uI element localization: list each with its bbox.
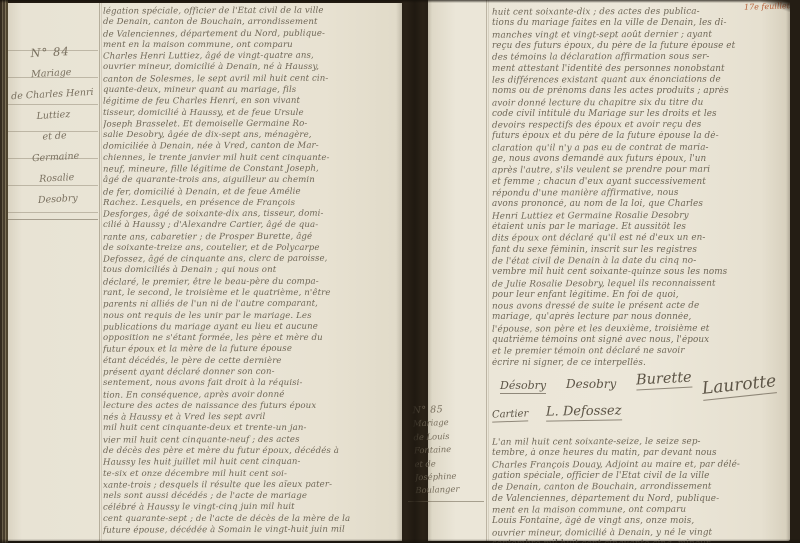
handwritten-line: Joseph Brasselet. Et demoiselle Germaine… xyxy=(103,118,399,131)
handwritten-line: neuf, mineure, fille légitime de Constan… xyxy=(103,163,399,176)
handwritten-line: et le premier témoin ont déclaré ne savo… xyxy=(492,346,780,359)
handwritten-line: pour leur enfant légitime. En foi de quo… xyxy=(492,290,780,301)
signatures-block: Désobry Desobry Burette Laurotte Cartier… xyxy=(490,369,782,435)
handwritten-line: futur époux et la mère de la future épou… xyxy=(103,344,399,357)
handwritten-line: canton de Solesmes, le sept avril mil hu… xyxy=(103,73,399,86)
handwritten-line: rante ans, cabaretier ; de Prosper Buret… xyxy=(103,231,399,244)
handwritten-line: de fer, domicilié à Denain, et de feue A… xyxy=(103,186,399,199)
handwritten-line: Charles François Douay, Adjoint au maire… xyxy=(492,459,780,472)
handwritten-line: lecture des actes de naissance des futur… xyxy=(103,401,399,412)
signature-father: Desobry xyxy=(566,377,616,391)
handwritten-line: Louis Fontaine, âgé de vingt ans, onze m… xyxy=(492,516,780,527)
handwritten-line: légitime de feu Charles Henri, en son vi… xyxy=(103,96,399,109)
handwritten-line: dits époux ont déclaré qu'il est né d'eu… xyxy=(492,233,780,246)
handwritten-line: des témoins la déclaration affirmation s… xyxy=(492,52,780,65)
handwritten-line: manches vingt et vingt-sept août dernier… xyxy=(492,29,780,42)
handwritten-line: te-six et onze décembre mil huit cent so… xyxy=(103,469,399,480)
handwritten-line: vier mil huit cent cinquante-neuf ; des … xyxy=(103,434,399,447)
handwritten-line: tion. En conséquence, après avoir donné xyxy=(103,389,399,402)
background-corner-top-right xyxy=(760,0,800,12)
handwritten-line: parents ni alliés de l'un ni de l'autre … xyxy=(103,299,399,312)
handwritten-line: ment attestant l'identité des personnes … xyxy=(492,64,780,75)
signature-bride: Désobry xyxy=(500,379,546,394)
handwritten-line: tisseur, domicilié à Haussy, et de feue … xyxy=(103,108,399,119)
handwritten-line: célébré à Haussy le vingt-cinq juin mil … xyxy=(103,502,399,515)
handwritten-line: légation spéciale, officier de l'État ci… xyxy=(103,6,399,18)
signature-witness2: Cartier xyxy=(492,408,529,422)
handwritten-line: tions du mariage faites en la ville de D… xyxy=(492,18,780,29)
handwritten-line: les différences existant quant aux énonc… xyxy=(492,74,780,87)
handwritten-line: de Valenciennes, département du Nord, pu… xyxy=(103,28,399,41)
register-book-spread: N° 84 Mariagede Charles HenriLuttiezet d… xyxy=(0,0,800,543)
page-stack-edge-left xyxy=(0,0,8,543)
handwritten-line: et femme ; chacun d'eux ayant successive… xyxy=(492,177,780,188)
handwritten-line: étaient unis par le mariage. Et aussitôt… xyxy=(492,222,780,233)
right-page-manuscript-text: huit cent soixante-dix ; des actes des p… xyxy=(492,7,780,371)
handwritten-line: ment en la maison commune, ont comparu xyxy=(103,40,399,51)
handwritten-line: répondu d'une manière affirmative, nous xyxy=(492,187,780,200)
handwritten-line: mil huit cent cinquante-deux et trente-u… xyxy=(103,423,399,434)
handwritten-line: de soixante-treize ans, coutelier, et de… xyxy=(103,243,399,254)
handwritten-line: de Valenciennes, département du Nord, pu… xyxy=(492,494,780,505)
handwritten-line: gation spéciale, officier de l'État civi… xyxy=(492,471,780,482)
handwritten-line: cilié à Haussy ; d'Alexandre Cartier, âg… xyxy=(103,220,399,231)
handwritten-line: Rachez. Lesquels, en présence de Françoi… xyxy=(103,198,399,209)
margin-note-act-84: N° 84 Mariagede Charles HenriLuttiezet d… xyxy=(8,40,101,212)
handwritten-line: ment en la maison commune, ont comparu xyxy=(492,504,780,517)
handwritten-line: ouvrier mineur, domicilié à Denain, né à… xyxy=(103,62,399,73)
handwritten-line: âgé de quarante-trois ans, aiguilleur au… xyxy=(103,175,399,186)
handwritten-line: présent ayant déclaré donner son con- xyxy=(103,366,399,379)
handwritten-line: avons prononcé, au nom de la loi, que Ch… xyxy=(492,199,780,210)
handwritten-line: L'an mil huit cent soixante-seize, le se… xyxy=(492,437,780,449)
handwritten-line: claration qu'il n'y a pas eu de contrat … xyxy=(492,142,780,155)
handwritten-line: noms ou de prénoms dans les actes produi… xyxy=(492,86,780,97)
handwritten-line: cent quarante-sept ; de l'acte de décès … xyxy=(103,514,399,525)
handwritten-line: futurs époux et du père de la future épo… xyxy=(492,131,780,142)
handwritten-line: mariage, qu'après lecture par nous donné… xyxy=(492,312,780,323)
handwritten-line: devoirs respectifs des époux et avoir re… xyxy=(492,119,780,132)
handwritten-line: nous ont requis de les unir par le maria… xyxy=(103,311,399,322)
handwritten-line: Charles Henri Luttiez, âgé de vingt-quat… xyxy=(103,50,399,63)
signature-witness3: Burette xyxy=(636,370,693,391)
handwritten-line: Defossez, âgé de cinquante ans, clerc de… xyxy=(103,254,399,267)
left-page-manuscript-text: légation spéciale, officier de l'État ci… xyxy=(103,6,399,540)
handwritten-line: de Denain, canton de Bouchain, arrondiss… xyxy=(103,17,399,28)
handwritten-line: Desforges, âgé de soixante-dix ans, tiss… xyxy=(103,208,399,221)
handwritten-line: publications du mariage ayant eu lieu et… xyxy=(103,321,399,334)
handwritten-line: sentement, nous avons fait droit à la ré… xyxy=(103,378,399,389)
margin-note-84-lines: Mariagede Charles HenriLuttiezet deGerma… xyxy=(9,61,101,212)
act-85-manuscript-text: L'an mil huit cent soixante-seize, le se… xyxy=(492,437,780,543)
handwritten-line: étant décédés, le père de cette dernière xyxy=(103,356,399,367)
book-edge-top xyxy=(0,0,800,3)
handwritten-line: après l'autre, s'ils veulent se prendre … xyxy=(492,165,780,178)
handwritten-line: de l'état civil de Denain à la date du c… xyxy=(492,255,780,268)
handwritten-line: chiennes, le trente janvier mil huit cen… xyxy=(103,153,399,164)
handwritten-line: déclaré, le premier, être le beau-père d… xyxy=(103,276,399,289)
handwritten-line: future épouse, décédée à Somain le vingt… xyxy=(103,524,399,537)
handwritten-line: avoir donné lecture du chapitre six du t… xyxy=(492,97,780,110)
handwritten-line: huit cent soixante-dix ; des actes des p… xyxy=(492,7,780,19)
handwritten-line: code civil intitulé du Mariage sur les d… xyxy=(492,109,780,120)
handwritten-line: nous avons dressé de suite le présent ac… xyxy=(492,300,780,313)
handwritten-line: xante-trois ; desquels il résulte que le… xyxy=(103,479,399,492)
book-edge-bottom xyxy=(0,539,800,543)
handwritten-line: écrire ni signer, de ce interpellés. xyxy=(492,358,780,369)
left-margin-end-rule xyxy=(8,219,98,220)
handwritten-line: fant du sexe féminin, inscrit sur les re… xyxy=(492,245,780,256)
handwritten-line: de Denain, canton de Bouchain, arrondiss… xyxy=(492,482,780,495)
handwritten-line: nés à Haussy et à Vred les sept avril xyxy=(103,411,399,424)
handwritten-line: Henri Luttiez et Germaine Rosalie Desobr… xyxy=(492,210,780,223)
handwritten-line: vembre mil huit cent soixante-quinze sou… xyxy=(492,267,780,278)
handwritten-line: de Julie Rosalie Desobry, lequel ils rec… xyxy=(492,278,780,291)
page-stack-edge-right xyxy=(786,0,800,543)
handwritten-line: tous domiciliés à Denain ; qui nous ont xyxy=(103,265,399,276)
left-page-margin-divider xyxy=(99,3,100,541)
signature-witness4: L. Defossez xyxy=(546,403,622,421)
handwritten-line: l'épouse, son père et les deuxième, troi… xyxy=(492,323,780,336)
handwritten-line: Haussy les huit juillet mil huit cent ci… xyxy=(103,457,399,470)
handwritten-line: ouvrier mineur, domicilié à Denain, y né… xyxy=(492,527,780,540)
right-page-margin-divider xyxy=(486,0,487,541)
handwritten-line: tembre, à onze heures du matin, par deva… xyxy=(492,448,780,459)
signature-officer: Laurotte xyxy=(701,371,777,401)
handwritten-line: reçu des futurs époux, du père de la fut… xyxy=(492,41,780,52)
handwritten-line: domiciliée à Denain, née à Vred, canton … xyxy=(103,141,399,154)
binding-gutter-shadow xyxy=(396,0,432,543)
